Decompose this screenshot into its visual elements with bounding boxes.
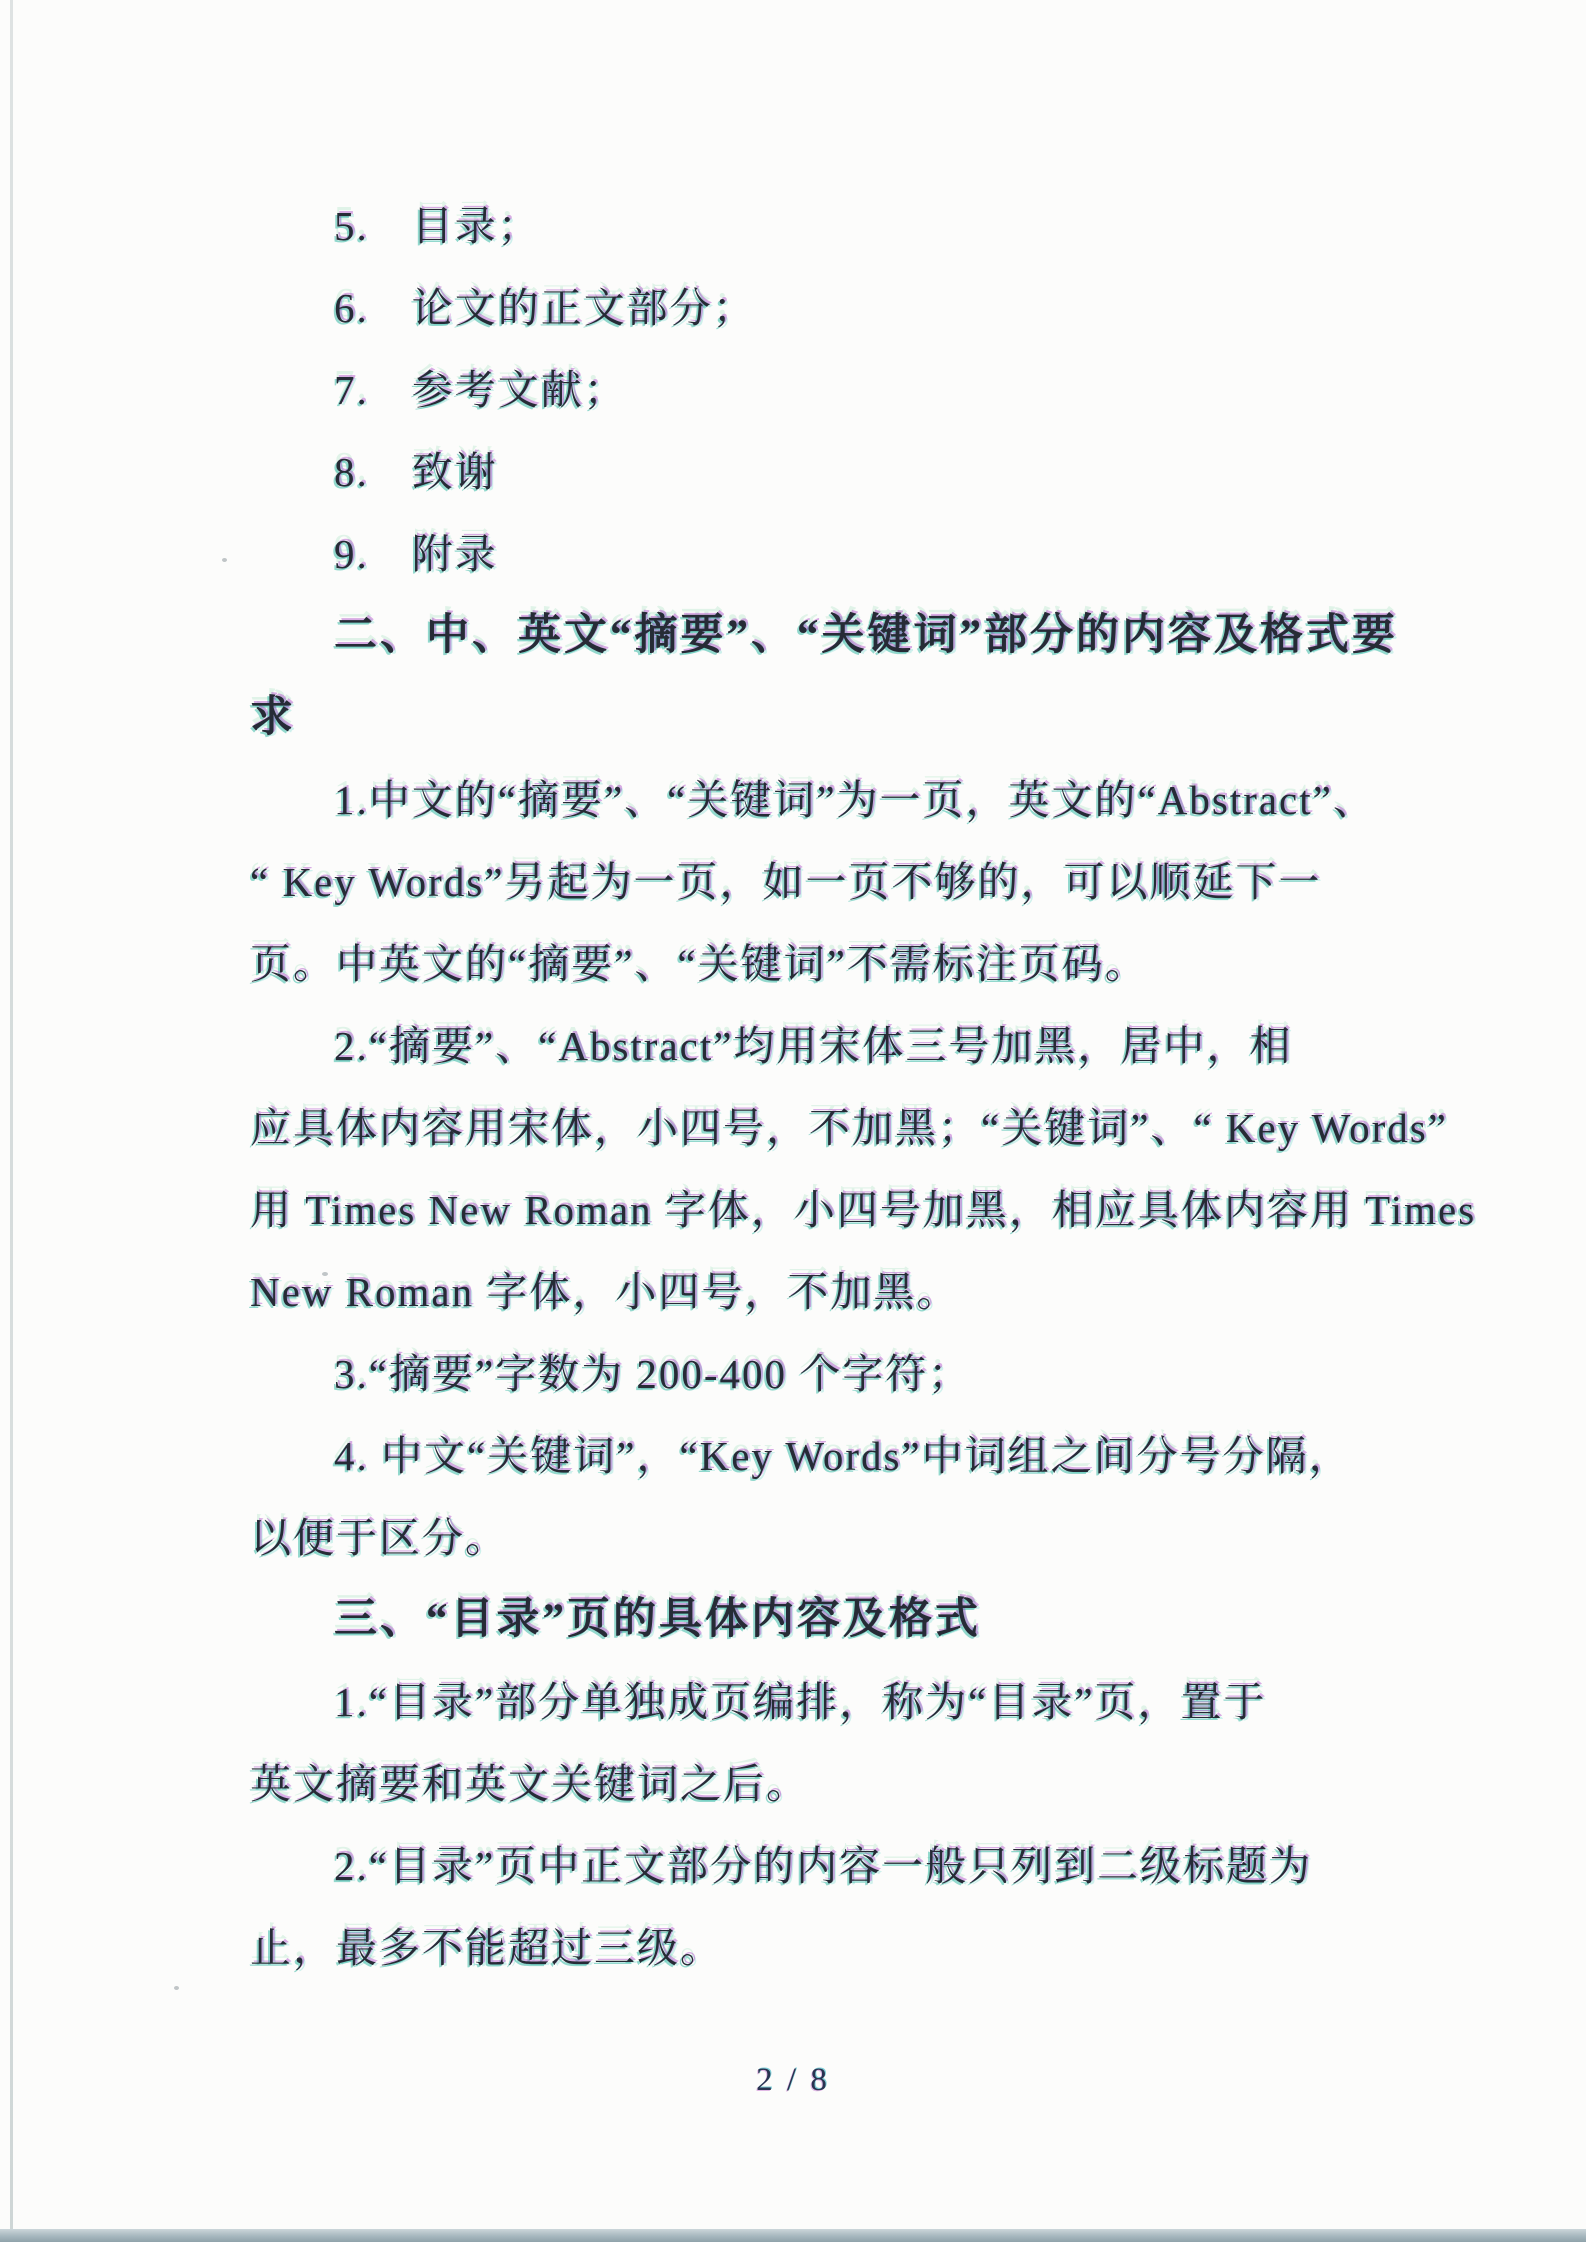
text-line: 8. 致谢 <box>250 431 1442 513</box>
text-line: 1.中文的“摘要”、“关键词”为一页，英文的“Abstract”、 <box>250 759 1442 841</box>
section-heading-line: 三、“目录”页的具体内容及格式 <box>250 1579 1442 1661</box>
text-line: 1.“目录”部分单独成页编排，称为“目录”页，置于 <box>250 1661 1442 1743</box>
scan-speck <box>174 1986 179 1990</box>
text-line: 6. 论文的正文部分； <box>250 267 1442 349</box>
scan-edge-left-line <box>10 0 13 2242</box>
document-body: 5. 目录；6. 论文的正文部分；7. 参考文献；8. 致谢9. 附录二、中、英… <box>250 185 1442 1989</box>
text-line: 7. 参考文献； <box>250 349 1442 431</box>
text-line: “ Key Words”另起为一页，如一页不够的，可以顺延下一 <box>250 841 1442 923</box>
scan-edge-bottom-band <box>0 2229 1586 2242</box>
text-line: 用 Times New Roman 字体，小四号加黑，相应具体内容用 Times <box>250 1169 1442 1251</box>
text-line: 英文摘要和英文关键词之后。 <box>250 1743 1442 1825</box>
text-line: 2.“摘要”、“Abstract”均用宋体三号加黑，居中，相 <box>250 1005 1442 1087</box>
text-line: 5. 目录； <box>250 185 1442 267</box>
text-line: 应具体内容用宋体，小四号，不加黑；“关键词”、“ Key Words” <box>250 1087 1442 1169</box>
text-line: 页。中英文的“摘要”、“关键词”不需标注页码。 <box>250 923 1442 1005</box>
text-line: 以便于区分。 <box>250 1497 1442 1579</box>
section-heading-line: 求 <box>250 677 1442 759</box>
scan-speck <box>222 558 227 562</box>
page-number: 2 / 8 <box>0 2062 1586 2099</box>
text-line: 9. 附录 <box>250 513 1442 595</box>
text-line: 4. 中文“关键词”，“Key Words”中词组之间分号分隔， <box>250 1415 1442 1497</box>
scanned-page: 5. 目录；6. 论文的正文部分；7. 参考文献；8. 致谢9. 附录二、中、英… <box>0 0 1586 2242</box>
text-line: 止，最多不能超过三级。 <box>250 1907 1442 1989</box>
section-heading-line: 二、中、英文“摘要”、“关键词”部分的内容及格式要 <box>250 595 1442 677</box>
text-line: New Roman 字体，小四号，不加黑。 <box>250 1251 1442 1333</box>
text-line: 2.“目录”页中正文部分的内容一般只列到二级标题为 <box>250 1825 1442 1907</box>
text-line: 3.“摘要”字数为 200-400 个字符； <box>250 1333 1442 1415</box>
